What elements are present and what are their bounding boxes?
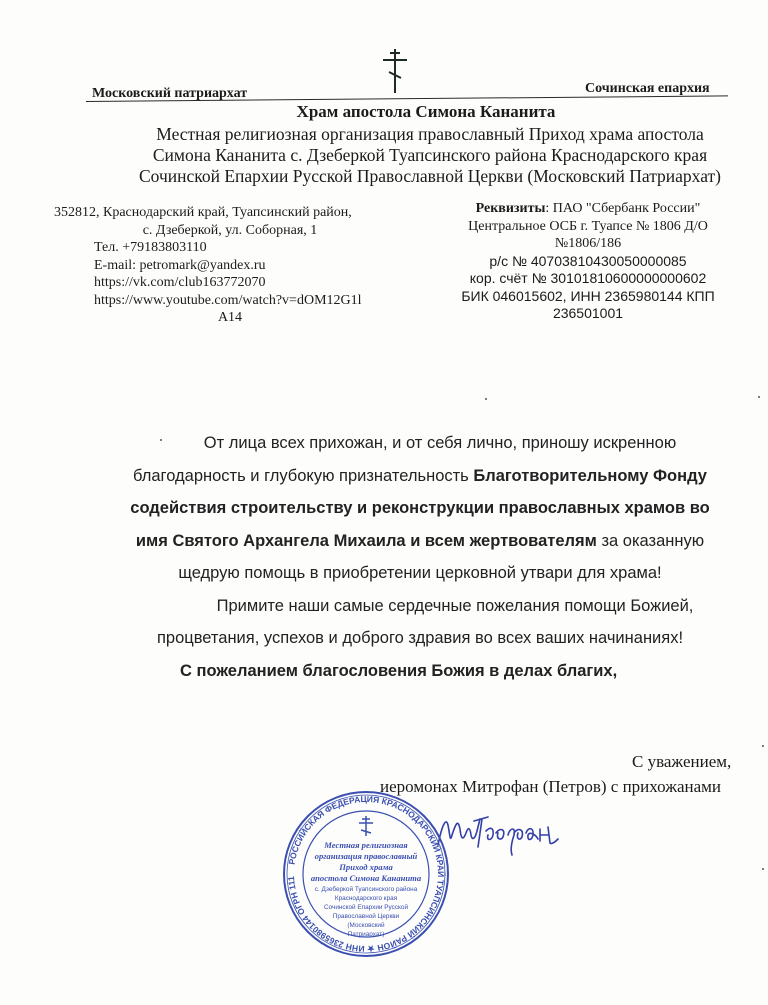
official-stamp: РОССИЙСКАЯ ФЕДЕРАЦИЯ КРАСНОДАРСКИЙ КРАЙ … [282, 790, 450, 958]
bank-name: : ПАО "Сбербанк России" [545, 201, 700, 216]
bank-branch: Центральное ОСБ г. Туапсе № 1806 Д/О [428, 218, 748, 236]
organization-name: Местная религиозная организация правосла… [120, 124, 740, 187]
vk-link[interactable]: https://vk.com/club163772070 [40, 274, 420, 292]
scan-speck [758, 396, 760, 398]
kpp: 236501001 [428, 305, 748, 323]
svg-text:организация православный: организация православный [315, 851, 418, 861]
contacts-block: 352812, Краснодарский край, Туапсинский … [40, 204, 420, 327]
address-line: 352812, Краснодарский край, Туапсинский … [40, 204, 420, 222]
orthodox-cross-icon [375, 48, 415, 94]
svg-text:Патриархат): Патриархат) [348, 931, 385, 938]
bank-requisites: Реквизиты: ПАО "Сбербанк России" Централ… [428, 200, 748, 323]
svg-text:(Московский: (Московский [347, 921, 385, 929]
svg-text:Православной Церкви: Православной Церкви [333, 912, 400, 920]
p1-line: имя Святого Архангела Михаила и всем жер… [100, 525, 740, 558]
regards: С уважением, [632, 752, 731, 772]
svg-text:Сочинской Епархии Русской: Сочинской Епархии Русской [324, 903, 408, 911]
scan-speck [762, 868, 764, 870]
scan-speck [762, 745, 764, 747]
text-plain: за оказанную [597, 532, 704, 550]
p1-line: От лица всех прихожан, и от себя лично, … [100, 427, 740, 460]
address-line: с. Дзеберкой, ул. Соборная, 1 [40, 222, 420, 240]
p1-line: содействия строительству и реконструкции… [100, 492, 740, 525]
text-bold: имя Святого Архангела Михаила и всем жер… [136, 532, 597, 550]
settlement-account: р/с № 40703810430050000085 [428, 253, 748, 271]
text-bold: Благотворительному Фонду [473, 467, 707, 485]
p1-line: благодарность и глубокую признательность… [100, 460, 740, 493]
org-line: Симона Кананита с. Дзеберкой Туапсинског… [120, 145, 740, 166]
requisites-label: Реквизиты [476, 201, 546, 216]
email-link[interactable]: E-mail: petromark@yandex.ru [40, 257, 420, 275]
p2-line: процветания, успехов и доброго здравия в… [100, 622, 740, 655]
svg-text:Местная религиозная: Местная религиозная [323, 840, 408, 850]
svg-text:Краснодарского края: Краснодарского края [335, 895, 398, 902]
text-bold: содействия строительству и реконструкции… [130, 499, 709, 517]
bik-inn-kpp: БИК 046015602, ИНН 2365980144 КПП [428, 288, 748, 306]
church-title: Храм апостола Симона Кананита [0, 102, 768, 122]
correspondent-account: кор. счёт № 30101810600000000602 [428, 270, 748, 288]
svg-text:апостола Симона Кананита: апостола Симона Кананита [311, 873, 422, 883]
header-sochi-eparchy: Сочинская епархия [585, 81, 710, 97]
org-line: Местная религиозная организация правосла… [120, 124, 740, 145]
svg-text:с. Дзеберкой Туапсинского райо: с. Дзеберкой Туапсинского района [315, 885, 418, 893]
scan-speck [485, 398, 487, 400]
svg-text:Приход храма: Приход храма [338, 862, 393, 872]
p1-line: щедрую помощь в приобретении церковной у… [100, 557, 740, 590]
org-line: Сочинской Епархии Русской Православной Ц… [120, 166, 740, 187]
phone: Тел. +79183803110 [40, 239, 420, 257]
bank-branch-no: №1806/186 [428, 235, 748, 253]
youtube-link[interactable]: https://www.youtube.com/watch?v=dOM12G1l [40, 292, 420, 310]
text-plain: благодарность и глубокую признательность [133, 467, 473, 485]
blessing-wish: С пожеланием благословения Божия в делах… [180, 662, 617, 681]
p2-line: Примите наши самые сердечные пожелания п… [100, 590, 740, 623]
handwritten-signature [430, 805, 590, 860]
youtube-link-cont[interactable]: A14 [40, 309, 420, 327]
letter-body: От лица всех прихожан, и от себя лично, … [100, 427, 740, 655]
scan-speck [160, 439, 162, 441]
